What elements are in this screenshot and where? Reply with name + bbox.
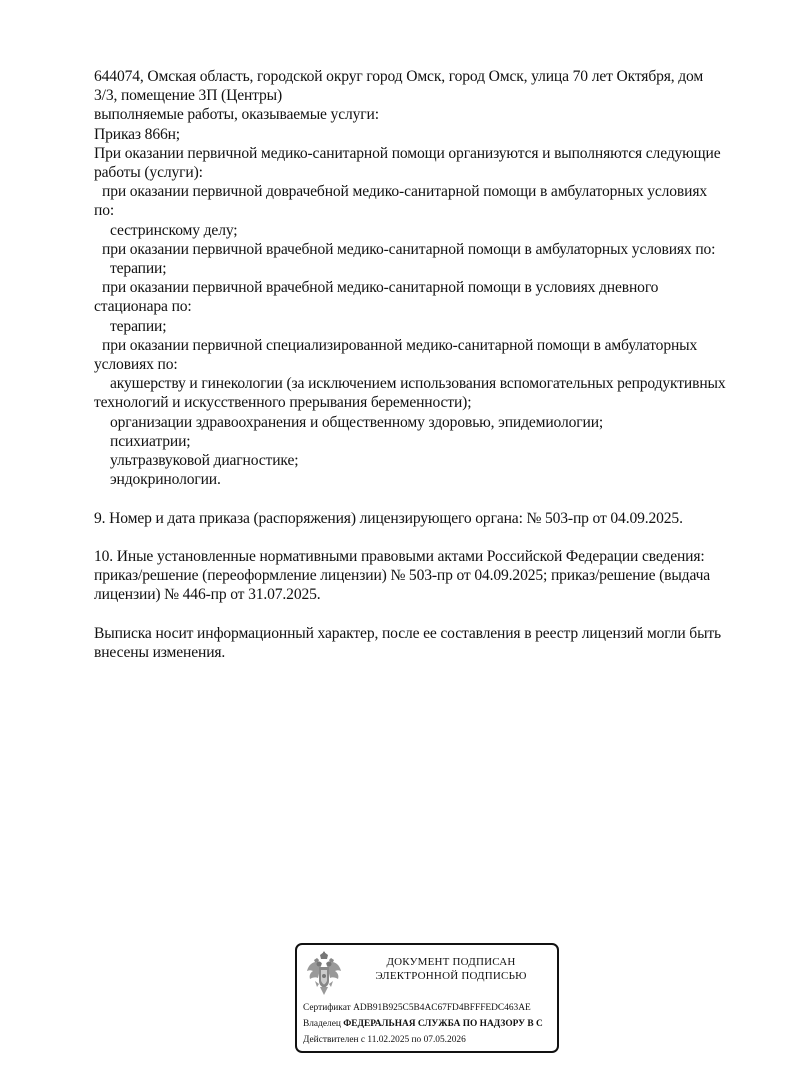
service-item: терапии; <box>94 317 766 336</box>
section-10-line-1: 10. Иные установленные нормативными прав… <box>94 547 766 566</box>
works-heading: выполняемые работы, оказываемые услуги: <box>94 105 766 124</box>
owner-row: Владелец ФЕДЕРАЛЬНАЯ СЛУЖБА ПО НАДЗОРУ В… <box>303 1018 543 1030</box>
service-heading-cont: стационара по: <box>94 297 766 316</box>
owner-label: Владелец <box>303 1019 341 1029</box>
certificate-label: Сертификат <box>303 1003 351 1013</box>
service-item: эндокринологии. <box>94 470 766 489</box>
service-item: акушерству и гинекологии (за исключением… <box>94 374 766 393</box>
spacer <box>94 528 766 547</box>
owner-value: ФЕДЕРАЛЬНАЯ СЛУЖБА ПО НАДЗОРУ В С <box>343 1019 543 1029</box>
stamp-title-line-1: ДОКУМЕНТ ПОДПИСАН <box>351 955 551 969</box>
section-10-line-2: приказ/решение (переоформление лицензии)… <box>94 566 766 585</box>
electronic-signature-stamp: ДОКУМЕНТ ПОДПИСАН ЭЛЕКТРОННОЙ ПОДПИСЬЮ С… <box>295 943 559 1053</box>
document-body: 644074, Омская область, городской округ … <box>94 67 766 662</box>
validity-row: Действителен с 11.02.2025 по 07.05.2026 <box>303 1034 466 1046</box>
service-item: сестринскому делу; <box>94 221 766 240</box>
service-heading-cont: условиях по: <box>94 355 766 374</box>
service-item: организации здравоохранения и общественн… <box>94 413 766 432</box>
service-item: ультразвуковой диагностике; <box>94 451 766 470</box>
intro-line-2: работы (услуги): <box>94 163 766 182</box>
service-heading: при оказании первичной врачебной медико-… <box>94 240 766 259</box>
certificate-row: Сертификат ADB91B925C5B4AC67FD4BFFFEDC46… <box>303 1002 531 1014</box>
service-heading: при оказании первичной врачебной медико-… <box>94 278 766 297</box>
certificate-value: ADB91B925C5B4AC67FD4BFFFEDC463AE <box>353 1003 531 1013</box>
disclaimer-line-2: внесены изменения. <box>94 643 766 662</box>
service-item: психиатрии; <box>94 432 766 451</box>
order-reference: Приказ 866н; <box>94 125 766 144</box>
spacer <box>94 489 766 508</box>
address-line-1: 644074, Омская область, городской округ … <box>94 67 766 86</box>
service-heading: при оказании первичной специализированно… <box>94 336 766 355</box>
stamp-title-line-2: ЭЛЕКТРОННОЙ ПОДПИСЬЮ <box>351 969 551 983</box>
service-item: терапии; <box>94 259 766 278</box>
address-line-2: 3/3, помещение 3П (Центры) <box>94 86 766 105</box>
disclaimer-line-1: Выписка носит информационный характер, п… <box>94 624 766 643</box>
spacer <box>94 605 766 624</box>
service-heading: при оказании первичной доврачебной медик… <box>94 182 766 201</box>
validity-text: Действителен с 11.02.2025 по 07.05.2026 <box>303 1035 466 1045</box>
russian-coat-of-arms-icon <box>305 951 343 997</box>
service-heading-cont: по: <box>94 201 766 220</box>
section-9: 9. Номер и дата приказа (распоряжения) л… <box>94 509 766 528</box>
intro-line-1: При оказании первичной медико-санитарной… <box>94 144 766 163</box>
service-item-cont: технологий и искусственного прерывания б… <box>94 393 766 412</box>
stamp-title: ДОКУМЕНТ ПОДПИСАН ЭЛЕКТРОННОЙ ПОДПИСЬЮ <box>351 955 551 983</box>
section-10-line-3: лицензии) № 446-пр от 31.07.2025. <box>94 585 766 604</box>
